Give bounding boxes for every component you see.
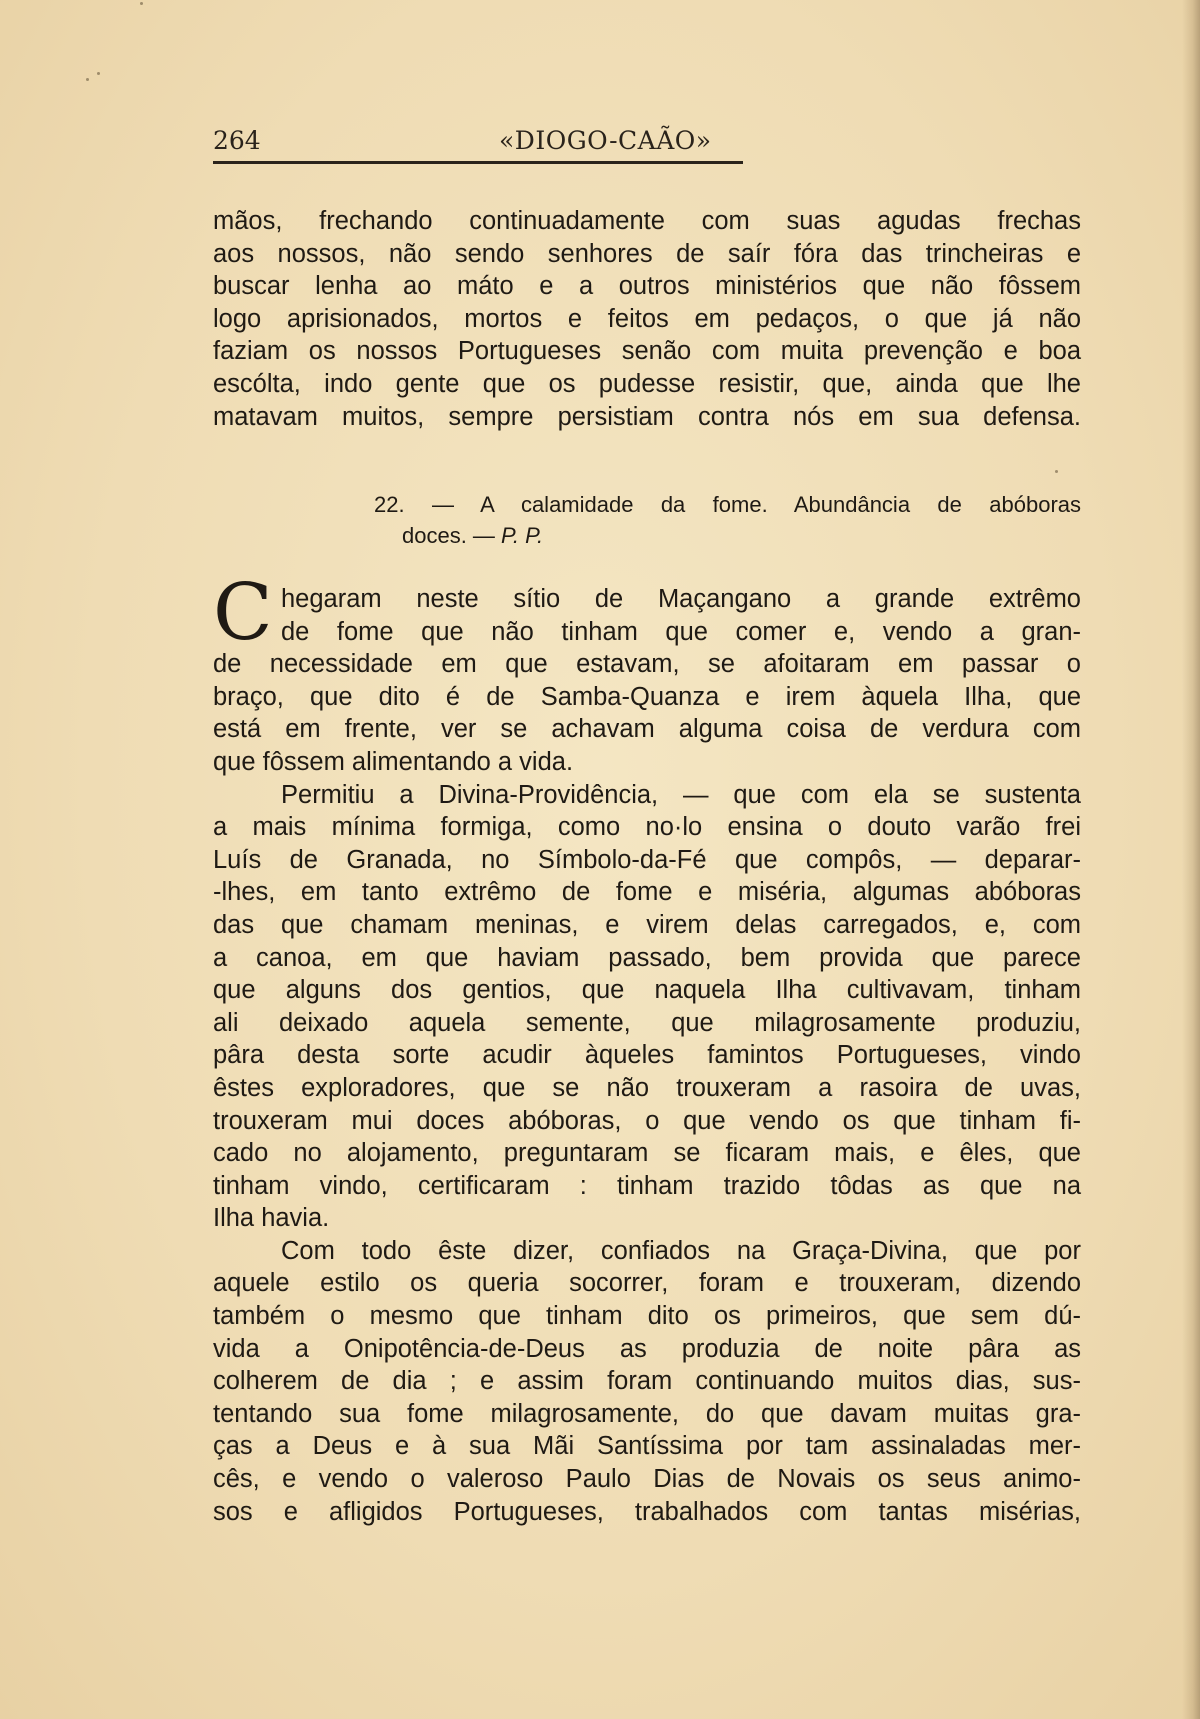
paper-speck — [1055, 470, 1058, 473]
page-number: 264 — [213, 126, 261, 155]
text-line: Permitiu a Divina-Providência, — que com… — [213, 779, 1081, 812]
text-line: das que chamam meninas, e virem delas ca… — [213, 909, 1081, 942]
section-heading-line: doces. — P. P. — [374, 520, 1081, 551]
text-line: de fome que não tinham que comer e, vend… — [213, 616, 1081, 649]
text-line: está em frente, ver se achavam alguma co… — [213, 713, 1081, 746]
page-edge-shadow — [1182, 0, 1200, 1719]
text-line: ças a Deus e à sua Mãi Santíssima por ta… — [213, 1430, 1081, 1463]
text-line: Luís de Granada, no Símbolo-da-Fé que co… — [213, 844, 1081, 877]
text-line: cês, e vendo o valeroso Paulo Dias de No… — [213, 1463, 1081, 1496]
text-line: mãos, frechando continuadamente com suas… — [213, 205, 1081, 238]
text-line: Com todo êste dizer, confiados na Graça-… — [213, 1235, 1081, 1268]
text-line: que fôssem alimentando a vida. — [213, 746, 1081, 779]
section-heading: 22. — A calamidade da fome. Abundância d… — [374, 489, 1081, 551]
text-line: cado no alojamento, preguntaram se ficar… — [213, 1137, 1081, 1170]
running-head: 264 «DIOGO-CAÃO» — [213, 122, 743, 162]
header-rule — [213, 161, 743, 164]
paragraph-continuation: mãos, frechando continuadamente com suas… — [213, 205, 1081, 433]
text-line: -lhes, em tanto extrêmo de fome e miséri… — [213, 876, 1081, 909]
text-line: ali deixado aquela semente, que milagros… — [213, 1007, 1081, 1040]
text-line: aquele estilo os queria socorrer, foram … — [213, 1267, 1081, 1300]
text-line: Ilha havia. — [213, 1202, 1081, 1235]
text-line: pâra desta sorte acudir àqueles famintos… — [213, 1039, 1081, 1072]
text-line: de necessidade em que estavam, se afoita… — [213, 648, 1081, 681]
paper-speck — [97, 72, 100, 75]
text-line: aos nossos, não sendo senhores de saír f… — [213, 238, 1081, 271]
text-line: que alguns dos gentios, que naquela Ilha… — [213, 974, 1081, 1007]
running-title: «DIOGO-CAÃO» — [499, 126, 712, 155]
section-author: P. P. — [501, 523, 543, 548]
text-line: a canoa, em que haviam passado, bem prov… — [213, 942, 1081, 975]
text-line: hegaram neste sítio de Maçangano a grand… — [213, 583, 1081, 616]
text-line: a mais mínima formiga, como no·lo ensina… — [213, 811, 1081, 844]
paper-speck — [86, 78, 89, 81]
text-line: tinham vindo, certificaram : tinham traz… — [213, 1170, 1081, 1203]
text-line: logo aprisionados, mortos e feitos em pe… — [213, 303, 1081, 336]
text-line: buscar lenha ao máto e a outros ministér… — [213, 270, 1081, 303]
text-line: também o mesmo que tinham dito os primei… — [213, 1300, 1081, 1333]
text-line: vida a Onipotência-de-Deus as produzia d… — [213, 1333, 1081, 1366]
body-text: hegaram neste sítio de Maçangano a grand… — [213, 583, 1081, 1528]
text-line: êstes exploradores, que se não trouxeram… — [213, 1072, 1081, 1105]
text-line: trouxeram mui doces abóboras, o que vend… — [213, 1105, 1081, 1138]
text-line: braço, que dito é de Samba-Quanza e irem… — [213, 681, 1081, 714]
section-heading-line: 22. — A calamidade da fome. Abundância d… — [374, 489, 1081, 520]
text-line: escólta, indo gente que os pudesse resis… — [213, 368, 1081, 401]
text-line: tentando sua fome milagrosamente, do que… — [213, 1398, 1081, 1431]
text-line: sos e afligidos Portugueses, trabalhados… — [213, 1496, 1081, 1529]
text-line: colherem de dia ; e assim foram continua… — [213, 1365, 1081, 1398]
text-line: matavam muitos, sempre persistiam contra… — [213, 401, 1081, 434]
text-line: faziam os nossos Portugueses senão com m… — [213, 335, 1081, 368]
paper-speck — [140, 2, 143, 5]
section-heading-text: doces. — — [402, 523, 501, 548]
